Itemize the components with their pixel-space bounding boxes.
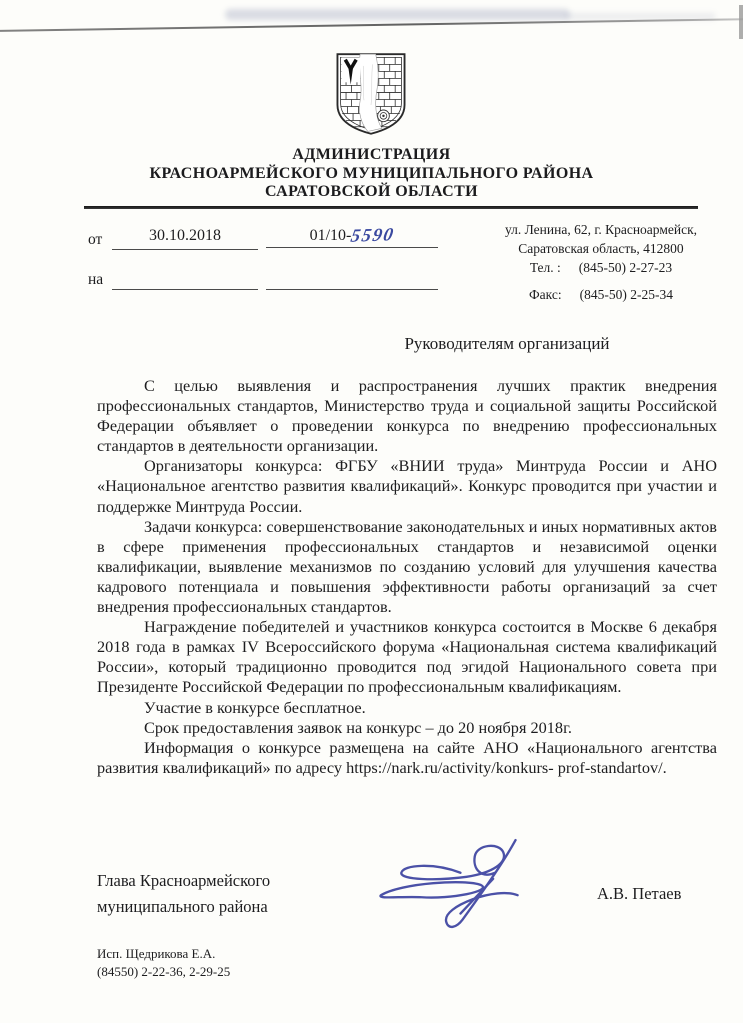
contact-phone-line: Тел. :(845-50) 2-27-23	[468, 260, 734, 276]
executor-block: Исп. Щедрикова Е.А. (84550) 2-22-36, 2-2…	[97, 945, 230, 981]
contact-address-line2: Саратовская область, 412800	[468, 241, 734, 257]
scanned-letter-page: АДМИНИСТРАЦИЯ КРАСНОАРМЕЙСКОГО МУНИЦИПАЛ…	[0, 0, 743, 1023]
fax-label: Факс:	[529, 287, 562, 302]
signature-icon	[372, 834, 552, 936]
executor-phones: (84550) 2-22-36, 2-29-25	[97, 963, 230, 981]
signer-title-line1: Глава Красноармейского	[97, 868, 270, 894]
phone-label: Тел. :	[530, 260, 561, 275]
header-divider	[84, 206, 698, 209]
ref-date-value: 30.10.2018	[149, 227, 221, 244]
ref-number-handwritten: 5590	[349, 225, 396, 247]
paragraph: Участие в конкурсе бесплатное.	[97, 698, 717, 718]
ref-date-field: 30.10.2018	[112, 227, 258, 250]
org-name-line3: САРАТОВСКОЙ ОБЛАСТИ	[0, 183, 743, 202]
recipient-line: Руководителям организаций	[292, 334, 722, 354]
ref-on-field-1	[112, 267, 258, 290]
ref-number-field: 01/10-5590	[266, 225, 438, 248]
scan-bleed-smudge	[225, 9, 570, 20]
paragraph: Информация о конкурсе размещена на сайте…	[97, 738, 717, 778]
org-header: АДМИНИСТРАЦИЯ КРАСНОАРМЕЙСКОГО МУНИЦИПАЛ…	[0, 146, 743, 202]
letter-body: С целью выявления и распространения лучш…	[97, 376, 717, 778]
phone-value: (845-50) 2-27-23	[579, 260, 672, 275]
ref-on-label: на	[88, 271, 103, 289]
fax-value: (845-50) 2-25-34	[580, 287, 673, 302]
ref-on-field-2	[266, 267, 438, 290]
executor-name: Исп. Щедрикова Е.А.	[97, 945, 230, 963]
paragraph: Задачи конкурса: совершенствование закон…	[97, 517, 717, 617]
signer-name: А.В. Петаев	[597, 884, 681, 904]
org-name-line2: КРАСНОАРМЕЙСКОГО МУНИЦИПАЛЬНОГО РАЙОНА	[0, 165, 743, 184]
contact-fax-line: Факс:(845-50) 2-25-34	[468, 287, 734, 303]
ref-number-prefix: 01/10-	[310, 227, 352, 244]
signer-title: Глава Красноармейского муниципального ра…	[97, 868, 270, 920]
paragraph: С целью выявления и распространения лучш…	[97, 376, 717, 456]
scan-fold-line	[0, 18, 743, 32]
ref-from-label: от	[88, 231, 102, 249]
contact-address-line1: ул. Ленина, 62, г. Красноармейск,	[468, 222, 734, 238]
paragraph: Награждение победителей и участников кон…	[97, 617, 717, 697]
paragraph: Срок предоставления заявок на конкурс – …	[97, 718, 717, 738]
paragraph: Организаторы конкурса: ФГБУ «ВНИИ труда»…	[97, 456, 717, 516]
coat-of-arms-icon	[332, 49, 410, 139]
signer-title-line2: муниципального района	[97, 894, 270, 920]
org-name-line1: АДМИНИСТРАЦИЯ	[0, 146, 743, 165]
scan-edge-mark	[739, 5, 743, 39]
